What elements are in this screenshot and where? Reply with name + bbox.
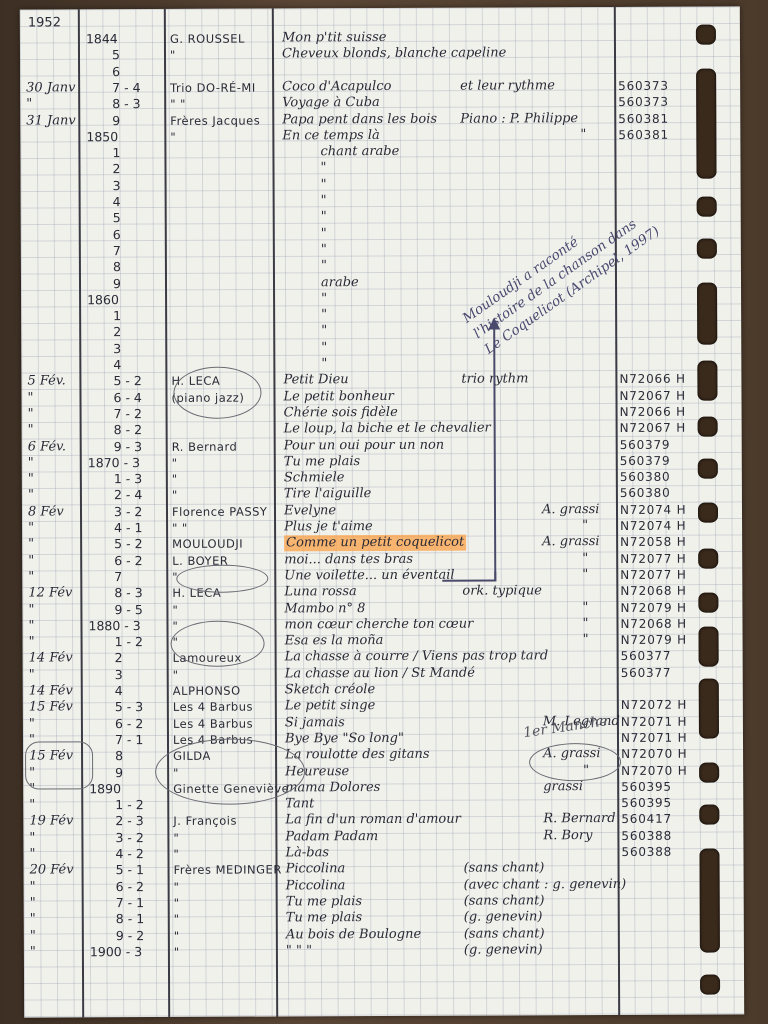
ledger-ref: N72067 H: [619, 387, 685, 403]
ledger-ref: 560395: [621, 779, 672, 795]
ledger-num: 3: [113, 341, 121, 357]
ledger-title: Pour un oui pour un non: [284, 437, 445, 454]
ledger-title: Mambo n° 8: [284, 601, 365, 617]
ledger-date: ": [28, 521, 34, 537]
ledger-note: ": [582, 551, 588, 567]
ledger-note: A. grassi: [542, 502, 600, 518]
ledger-artist: Les 4 Barbus: [173, 715, 253, 731]
binder-hole: [698, 593, 718, 613]
ledger-ref: N72077 H: [620, 550, 686, 566]
column-divider: [614, 7, 620, 1015]
ledger-title: Luna rossa: [284, 584, 356, 600]
binder-hole: [696, 69, 716, 179]
ledger-num: 9 - 3: [114, 439, 142, 455]
ledger-artist: ": [172, 455, 178, 471]
ledger-num: 1844: [86, 31, 118, 47]
ledger-note: ": [582, 616, 588, 632]
ledger-ref: 560377: [621, 664, 672, 680]
ledger-date: 30 Janv: [26, 80, 75, 96]
ledger-ref: 560379: [620, 436, 671, 452]
ledger-note: A. grassi: [542, 534, 600, 550]
ledger-ref: N72074 H: [620, 518, 686, 534]
ledger-title: Le petit singe: [285, 698, 376, 714]
binder-hole: [699, 763, 719, 783]
ledger-num: 7 - 1: [116, 895, 144, 911]
date-bracket-mark: [25, 741, 93, 789]
ledger-title: Le loup, la biche et le chevalier: [284, 421, 491, 438]
ledger-num: 1880 - 3: [88, 618, 140, 634]
ledger-num: 6 - 2: [116, 879, 144, 895]
ledger-note: (sans chant): [464, 861, 545, 877]
circle-mark: [173, 367, 261, 419]
annotation-line: l'histoire de la chanson dans: [470, 207, 653, 344]
ledger-date: 6 Fév.: [28, 439, 66, 455]
ledger-note: Piano : P. Philippe: [460, 111, 578, 128]
ledger-title: Padam Padam: [285, 829, 378, 845]
ledger-num: 1850: [86, 129, 118, 145]
ledger-artist: Florence PASSY: [172, 503, 268, 519]
ledger-title: moi... dans tes bras: [284, 551, 413, 568]
ledger-num: 8 - 1: [116, 911, 144, 927]
ledger-ref: N72074 H: [620, 501, 686, 517]
ledger-date: ": [30, 944, 36, 960]
ledger-num: 8: [113, 259, 121, 275]
ledger-title: arabe: [321, 275, 359, 291]
ledger-title: ": [321, 177, 327, 193]
ledger-note: (sans chant): [464, 926, 545, 942]
ledger-artist: Frères Jacques: [170, 112, 260, 128]
ledger-artist: ": [173, 830, 179, 846]
ledger-note: grassi: [543, 779, 583, 795]
ledger-num: 1860: [87, 292, 119, 308]
ledger-ref: N72072 H: [621, 697, 687, 713]
binder-hole: [698, 503, 718, 523]
ledger-date: ": [29, 847, 35, 863]
ledger-title: Au bois de Boulogne: [286, 926, 421, 943]
ledger-num: 6 - 2: [115, 716, 143, 732]
ledger-title: Tu me plais: [284, 454, 360, 470]
ledger-artist: ": [172, 487, 178, 503]
ledger-note: (g. genevin): [464, 909, 543, 925]
ledger-artist: MOULOUDJI: [172, 536, 243, 552]
ledger-title: Piccolina: [286, 861, 346, 877]
ledger-num: 5: [113, 210, 121, 226]
ledger-ref: N72070 H: [621, 746, 687, 762]
ledger-date: ": [30, 879, 36, 895]
ledger-note: (avec chant : g. genevin): [464, 877, 627, 894]
ledger-title: La roulotte des gitans: [285, 747, 430, 764]
ledger-title: Petit Dieu: [283, 372, 348, 388]
ledger-date: ": [30, 928, 36, 944]
ledger-num: 1: [113, 308, 121, 324]
binder-hole: [697, 361, 717, 401]
ledger-title: ": [321, 193, 327, 209]
ledger-title: Tu me plais: [286, 894, 362, 910]
ledger-artist: Trio DO-RÉ-MI: [170, 79, 256, 95]
ledger-artist: J. François: [173, 813, 237, 829]
ledger-num: 7: [114, 569, 122, 585]
ledger-ref: N72071 H: [621, 713, 687, 729]
ledger-title: Tu me plais: [286, 910, 362, 926]
ledger-title: La chasse au lion / St Mandé: [285, 665, 475, 682]
binder-hole: [699, 805, 719, 825]
ledger-num: 1870 - 3: [88, 455, 140, 471]
ledger-ref: 560373: [618, 78, 669, 94]
ledger-note: ": [582, 567, 588, 583]
ledger-num: 4 - 2: [115, 846, 143, 862]
ledger-artist: ": [174, 911, 180, 927]
ledger-date: ": [29, 635, 35, 651]
ledger-artist: ": [174, 878, 180, 894]
ledger-artist: G. ROUSSEL: [170, 31, 245, 47]
ledger-title: Cheveux blonds, blanche capeline: [282, 46, 506, 63]
ledger-ref: 560380: [620, 469, 671, 485]
ledger-date: ": [29, 798, 35, 814]
ledger-num: 8: [115, 748, 123, 764]
ledger-title: ": [321, 291, 327, 307]
ledger-title: Schmiele: [284, 470, 345, 486]
ledger-note: et leur rythme: [460, 78, 555, 94]
ledger-ref: N72066 H: [620, 404, 686, 420]
ledger-date: ": [29, 716, 35, 732]
ledger-num: 7: [113, 243, 121, 259]
ledger-title: ": [321, 258, 327, 274]
ledger-num: 2 - 4: [114, 487, 142, 503]
ledger-ref: 560379: [620, 453, 671, 469]
ledger-artist: ": [174, 944, 180, 960]
ledger-title: Voyage à Cuba: [282, 95, 380, 111]
ledger-num: 2 - 3: [115, 813, 143, 829]
ledger-num: 4 - 1: [114, 520, 142, 536]
ledger-artist: ": [174, 895, 180, 911]
ledger-num: 7 - 2: [114, 406, 142, 422]
ledger-ref: 560388: [621, 827, 672, 843]
ledger-num: 4: [115, 683, 123, 699]
ledger-num: 9 - 5: [114, 602, 142, 618]
ledger-num: 5 - 3: [115, 699, 143, 715]
ledger-date: 31 Janv: [26, 113, 75, 129]
ledger-date: ": [28, 602, 34, 618]
ledger-artist: " ": [170, 96, 186, 112]
ledger-num: 2: [115, 651, 123, 667]
ledger-title: ": [321, 324, 327, 340]
ledger-note: (sans chant): [464, 893, 545, 909]
ledger-num: 9: [113, 276, 121, 292]
ledger-title: Tant: [285, 796, 314, 812]
ledger-num: 1890: [89, 781, 121, 797]
ledger-note: ": [580, 127, 586, 143]
ledger-ref: 560373: [618, 94, 669, 110]
binder-hole: [698, 549, 718, 569]
ledger-artist: Les 4 Barbus: [173, 699, 253, 715]
ledger-date: 12 Fév: [28, 586, 72, 602]
ledger-date: 14 Fév: [29, 651, 73, 667]
ledger-date: ": [28, 618, 34, 634]
ledger-date: ": [28, 537, 34, 553]
ledger-date: 19 Fév: [29, 814, 73, 830]
ledger-title: Piccolina: [286, 878, 346, 894]
ledger-num: 3 - 2: [114, 504, 142, 520]
arrow-shaft: [493, 330, 496, 580]
binder-hole: [699, 679, 719, 739]
ledger-date: ": [30, 895, 36, 911]
ledger-ref: N72079 H: [621, 632, 687, 648]
ledger-title: ": [321, 226, 327, 242]
ledger-title: mon cœur cherche ton cœur: [284, 616, 473, 633]
ledger-page: 1952 1844G. ROUSSELMon p'tit suisse5"Che…: [20, 6, 744, 1017]
ledger-note: ": [583, 632, 589, 648]
ledger-ref: N72067 H: [620, 420, 686, 436]
ledger-title: Sketch créole: [285, 682, 375, 698]
ledger-title: Mon p'tit suisse: [282, 30, 387, 46]
ledger-date: 20 Fév: [30, 863, 74, 879]
ledger-ref: 560388: [621, 844, 672, 860]
ledger-date: ": [28, 488, 34, 504]
ledger-date: ": [26, 97, 32, 113]
ledger-title: Tire l'aiguille: [284, 486, 371, 502]
ledger-num: 5 - 2: [114, 536, 142, 552]
ledger-date: ": [29, 830, 35, 846]
column-divider: [164, 9, 170, 1017]
circle-mark: [176, 564, 268, 592]
binder-hole: [698, 459, 718, 479]
ledger-num: 6: [113, 227, 121, 243]
ledger-ref: N72068 H: [620, 615, 686, 631]
ledger-title: chant arabe: [320, 144, 399, 160]
ledger-ref: 560381: [618, 110, 669, 126]
binder-hole: [699, 627, 719, 667]
ledger-note: ": [582, 518, 588, 534]
binder-hole: [698, 417, 718, 437]
ledger-title: ": [321, 242, 327, 258]
ledger-title: Une voilette... un éventail: [284, 568, 454, 585]
arrow-connector: [442, 580, 496, 582]
ledger-ref: N72070 H: [621, 762, 687, 778]
ledger-artist: " ": [172, 520, 188, 536]
ledger-ref: 560377: [621, 648, 672, 664]
ledger-num: 7 - 1: [115, 732, 143, 748]
circle-mark: [529, 743, 621, 781]
ledger-num: 4: [113, 357, 121, 373]
ledger-date: ": [28, 472, 34, 488]
ledger-num: 2: [113, 325, 121, 341]
ledger-num: 8 - 3: [114, 585, 142, 601]
ledger-date: ": [28, 569, 34, 585]
ledger-ref: N72066 H: [619, 371, 685, 387]
ledger-artist: ": [172, 601, 178, 617]
ledger-date: 14 Fév: [29, 683, 73, 699]
ledger-ref: N72071 H: [621, 730, 687, 746]
ledger-title: " " ": [286, 943, 312, 959]
ledger-note: ": [582, 600, 588, 616]
ledger-date: ": [28, 423, 34, 439]
ledger-date: ": [28, 406, 34, 422]
ledger-artist: R. Bernard: [172, 438, 238, 454]
column-divider: [78, 9, 84, 1017]
ledger-num: 8 - 3: [112, 96, 140, 112]
ledger-note: R. Bernard: [543, 811, 615, 827]
ledger-ref: N72077 H: [620, 567, 686, 583]
ledger-num: 3: [113, 178, 121, 194]
binder-hole: [697, 283, 717, 345]
binder-hole: [697, 197, 717, 217]
ledger-artist: Frères MEDINGER: [174, 862, 282, 878]
circle-mark: [155, 738, 305, 805]
ledger-num: 1 - 2: [115, 797, 143, 813]
ledger-date: ": [30, 912, 36, 928]
ledger-num: 2: [112, 162, 120, 178]
ledger-date: ": [29, 667, 35, 683]
ledger-date: 8 Fév: [28, 504, 64, 520]
ledger-note: ork. typique: [462, 583, 542, 599]
ledger-num: 1 - 2: [115, 634, 143, 650]
ledger-ref: 560417: [621, 811, 672, 827]
ledger-title: Comme un petit coquelicot: [284, 535, 466, 552]
ledger-num: 4: [113, 194, 121, 210]
ledger-title: Esa es la moña: [285, 633, 384, 649]
ledger-num: 1900 - 3: [90, 944, 142, 960]
ledger-title: Là-bas: [285, 845, 329, 861]
ledger-date: 5 Fév.: [27, 374, 65, 390]
ledger-num: 8 - 2: [114, 422, 142, 438]
ledger-ref: N72079 H: [620, 599, 686, 615]
ledger-title: Plus je t'aime: [284, 519, 373, 535]
ledger-ref: N72058 H: [620, 534, 686, 550]
ledger-title: Coco d'Acapulco: [282, 79, 391, 95]
ledger-title: Le petit bonheur: [283, 389, 393, 405]
ledger-num: 9: [115, 765, 123, 781]
year-header: 1952: [28, 15, 61, 31]
ledger-num: 6 - 4: [113, 390, 141, 406]
ledger-title: ": [321, 356, 327, 372]
ledger-num: 9: [112, 113, 120, 129]
ledger-artist: ": [174, 927, 180, 943]
ledger-num: 1: [112, 145, 120, 161]
ledger-ref: 560395: [621, 795, 672, 811]
ledger-num: 7 - 4: [112, 80, 140, 96]
ledger-note: R. Bory: [543, 828, 592, 844]
binder-hole: [697, 239, 717, 259]
ledger-title: Evelyne: [284, 503, 336, 519]
ledger-ref: 560381: [618, 127, 669, 143]
ledger-artist: ": [172, 471, 178, 487]
ledger-num: 6: [112, 64, 120, 80]
ledger-artist: ": [170, 129, 176, 145]
ledger-title: La fin d'un roman d'amour: [285, 812, 461, 829]
ledger-title: ": [321, 307, 327, 323]
ledger-num: 5: [112, 47, 120, 63]
ledger-ref: N72068 H: [620, 583, 686, 599]
ledger-title: Papa pent dans les bois: [282, 111, 437, 128]
circle-mark: [170, 621, 264, 667]
ledger-date: ": [28, 553, 34, 569]
binder-hole: [699, 849, 719, 953]
ledger-title: La chasse à courre / Viens pas trop tard: [285, 649, 549, 666]
ledger-title: ": [321, 210, 327, 226]
ledger-num: 1 - 3: [114, 471, 142, 487]
margin-annotation: Mouloudji a raconté l'histoire de la cha…: [459, 191, 664, 359]
binder-hole: [696, 25, 716, 45]
ledger-num: 5 - 1: [116, 862, 144, 878]
ledger-title: ": [320, 161, 326, 177]
ledger-date: ": [28, 455, 34, 471]
ledger-title: ": [321, 340, 327, 356]
ledger-num: 3: [115, 667, 123, 683]
ledger-artist: ": [173, 846, 179, 862]
ledger-ref: 560380: [620, 485, 671, 501]
ledger-date: ": [27, 390, 33, 406]
ledger-artist: ": [173, 667, 179, 683]
ledger-num: 9 - 2: [116, 928, 144, 944]
ledger-title: Chérie sois fidèle: [284, 405, 398, 421]
binder-hole: [700, 975, 720, 995]
ledger-artist: ": [170, 47, 176, 63]
ledger-title: En ce temps là: [282, 128, 379, 144]
ledger-num: 3 - 2: [115, 830, 143, 846]
ledger-title: Bye Bye "So long": [285, 731, 404, 748]
ledger-note: (g. genevin): [464, 942, 543, 958]
ledger-num: 6 - 2: [114, 553, 142, 569]
ledger-title: Si jamais: [285, 715, 345, 731]
ledger-date: 15 Fév: [29, 700, 73, 716]
ledger-num: 5 - 2: [113, 373, 141, 389]
ledger-artist: ALPHONSO: [173, 683, 241, 699]
